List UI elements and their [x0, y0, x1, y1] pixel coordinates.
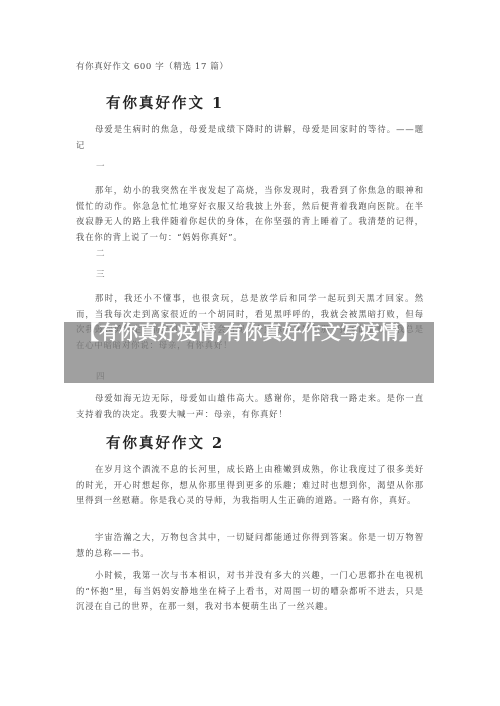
- essay1-paragraph-4: 母爱如海无边无际，母爱如山雄伟高大。感谢你，是你陪我一路走来。是你一直支持着我的…: [76, 391, 424, 422]
- essay2-paragraph-2: 宇宙浩瀚之大，万物包含其中，一切疑问都能通过你得到答案。你是一切万物智慧的总称—…: [76, 530, 424, 561]
- document-page: 有你真好作文 600 字（精选 17 篇） 有你真好作文 1 母爱是生病时的焦急…: [0, 0, 500, 706]
- essay2-paragraph-1: 在岁月这个酒流不息的长河里，成长路上由稚嫩到成熟，你让我度过了很多美好的时光，开…: [76, 462, 424, 509]
- essay2-paragraph-3: 小时候，我第一次与书本相识，对书并没有多大的兴趣，一门心思都扑在电视机的“怀抱”…: [76, 568, 424, 615]
- document-subtitle: 有你真好作文 600 字（精选 17 篇）: [76, 60, 228, 72]
- essay1-title: 有你真好作文 1: [106, 92, 224, 113]
- section-marker-3: 三: [96, 268, 105, 280]
- essay1-paragraph-1: 那年，幼小的我突然在半夜发起了高烧，当你发现时，我看到了你焦急的眼神和慌忙的动作…: [76, 183, 424, 245]
- section-marker-2: 二: [96, 247, 105, 259]
- section-marker-1: 一: [96, 160, 105, 172]
- essay2-title: 有你真好作文 2: [106, 432, 224, 453]
- essay1-intro: 母爱是生病时的焦急，母爱是成绩下降时的讲解，母爱是回家时的等待。——题记: [76, 122, 424, 153]
- banner-title: 【有你真好疫情,有你真好作文写疫情】: [64, 322, 434, 343]
- title-banner-overlay: 【有你真好疫情,有你真好作文写疫情】: [64, 322, 434, 383]
